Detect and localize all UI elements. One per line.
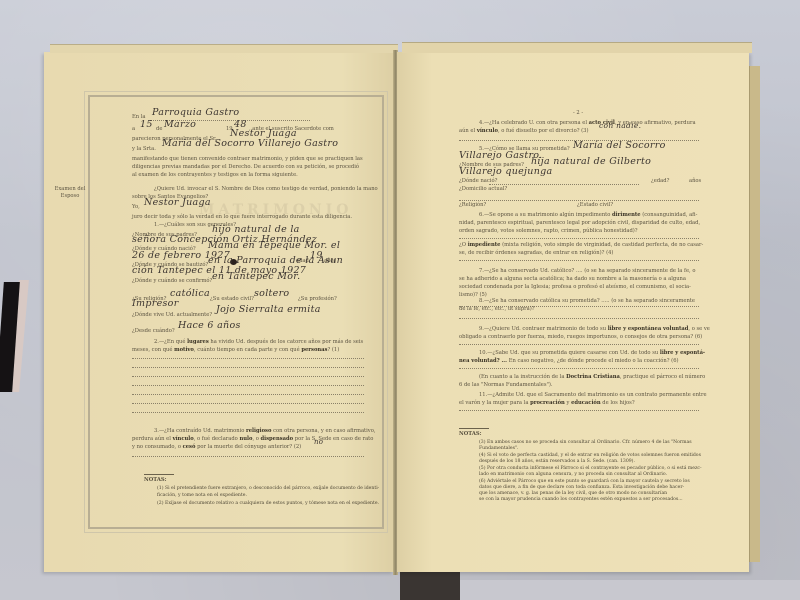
q9-line-1: 9.—¿Quiere Ud. contraer matrimonio de to… xyxy=(479,326,710,333)
q5-age-unit: años xyxy=(689,178,701,185)
page-stack-right-edge xyxy=(749,66,760,562)
oath-line-1: ¿Quiere Ud. invocar el S. Nombre de Dios… xyxy=(154,186,378,193)
q1-civil-label: ¿Su estado civil? xyxy=(210,296,254,303)
right-page: - 2 - 4.—¿Ha celebrado U. con otra perso… xyxy=(397,52,749,572)
dotted-line xyxy=(132,385,364,386)
oath-yo: Yo, xyxy=(132,204,140,211)
q1-profession-label: ¿Su profesión? xyxy=(298,296,337,303)
hand-day: 15 xyxy=(140,119,153,130)
page-stack-edge xyxy=(402,42,752,53)
hand-groom-civil: soltero xyxy=(254,288,289,299)
q1-confirmed-label: ¿Dónde y cuándo se confirmó? xyxy=(132,278,212,285)
hand-month: Marzo xyxy=(164,119,196,130)
q7-line-1: 7.—¿Se ha conservado Ud. católico? .... … xyxy=(479,268,695,275)
q11-line-2: el varón y la mujer para la procreación … xyxy=(459,400,635,407)
dotted-line xyxy=(132,403,364,404)
dotted-line xyxy=(459,260,699,261)
note-item: después de los 18 años, están reservados… xyxy=(479,459,635,465)
hand-groom-since: Hace 6 años xyxy=(178,320,241,331)
q8-line-1: 8.—¿Se ha conservado católica su prometi… xyxy=(479,298,695,305)
hand-groom-confirmed: en Tantepec Mor. xyxy=(212,271,300,282)
notes-title: NOTAS: xyxy=(144,477,167,484)
dotted-line xyxy=(459,344,699,345)
dotted-line xyxy=(489,184,639,185)
side-label-groom-exam: Examen del Esposo xyxy=(50,186,90,200)
q3-line-2: perdura aún el vínculo, o fué declarado … xyxy=(132,436,373,443)
dotted-line xyxy=(459,410,699,411)
dotted-line xyxy=(132,376,364,377)
note-item: Fundamentales". xyxy=(479,446,519,452)
hand-oath-name: Nestor Juaga xyxy=(144,197,211,208)
intro-de: de xyxy=(156,126,162,133)
hand-parish: Parroquia Gastro xyxy=(152,107,239,118)
hand-q4-answer: con nadie. xyxy=(599,121,641,130)
dotted-line xyxy=(132,358,364,359)
q1-lives-label: ¿Dónde vive Ud. actualmente? xyxy=(132,312,212,319)
dotted-line xyxy=(132,412,364,413)
hand-groom-profession: Impresor xyxy=(132,298,179,309)
q7-line-2: se ha adherido a alguna secta acatólica;… xyxy=(459,276,686,283)
table-edge xyxy=(410,580,800,600)
page-stack-edge xyxy=(50,44,398,53)
hand-bride-name-1: María del Socorro xyxy=(573,140,666,151)
doctrine-line-1: (En cuanto a la instrucción de la Doctri… xyxy=(479,374,705,381)
q6-line-5: se, de recibir órdenes sagradas, de entr… xyxy=(459,250,613,257)
notes-rule xyxy=(459,428,489,429)
q2-line-1: 2.—¿En qué lugares ha vivido Ud. después… xyxy=(154,339,363,346)
dotted-line xyxy=(459,318,699,319)
q5-age-label: ¿edad? xyxy=(651,178,669,185)
q11-line-1: 11.—¿Admite Ud. que el Sacramento del ma… xyxy=(479,392,707,399)
q5-religion-label: ¿Religión? xyxy=(459,202,486,209)
note-item: (2) Exíjase el documento relativo a cual… xyxy=(157,501,379,507)
dotted-line xyxy=(132,394,364,395)
q4-line-2: aún el vínculo, o fué disuelto por el di… xyxy=(459,128,589,135)
q1-since-label: ¿Desde cuándo? xyxy=(132,328,175,335)
hand-bride-parents-2: Villarejo quejunga xyxy=(459,166,552,177)
hand-bride-name-2: Villarejo Gastro. xyxy=(459,150,542,161)
oath-line-4: juro decir toda y sólo la verdad en lo q… xyxy=(132,214,352,221)
doctrine-line-2: 6 de las "Normas Fundamentales"). xyxy=(459,382,553,389)
book-spine-shadow xyxy=(400,570,460,600)
q8-line-2: de la fe, etc., etc., ut supra)? xyxy=(459,306,535,313)
intro-line-6: diligencias previas mandadas por el Dere… xyxy=(132,164,359,171)
q9-line-2: obligado a contraerlo por fuerza, miedo,… xyxy=(459,334,702,341)
q10-line-1: 10.—¿Sabe Ud. que su prometida quiere ca… xyxy=(479,350,705,357)
dotted-line xyxy=(459,238,699,239)
hand-groom-lives: Jojo Sierralta ermita xyxy=(216,304,321,315)
hand-q3-answer: no xyxy=(314,438,323,446)
notes-title: NOTAS: xyxy=(459,431,482,438)
q5-address-label: ¿Domicilio actual? xyxy=(459,186,507,193)
q6-line-3: orden sagrado, votos solemnes, rapto, cr… xyxy=(459,228,638,235)
q7-line-3: sociedad condenada por la Iglesia; profe… xyxy=(459,284,691,291)
dotted-line xyxy=(132,367,364,368)
hand-bride-name: Maria del Socorro Villarejo Gastro xyxy=(162,138,338,149)
note-item: ficación, y tome nota en el expediente. xyxy=(157,493,247,499)
note-item: (1) Si el pretendiente fuere extranjero,… xyxy=(157,486,379,492)
dotted-line xyxy=(132,456,364,457)
page-number: - 2 - xyxy=(573,110,583,117)
q6-line-4: ¿O impediente (mixta religión, voto simp… xyxy=(459,242,703,249)
q10-line-2: nea voluntad? ... En caso negativo, ¿de … xyxy=(459,358,679,365)
dotted-line xyxy=(459,368,699,369)
dotted-line xyxy=(459,200,699,201)
intro-line-5: manifestando que tienen convenido contra… xyxy=(132,156,363,163)
q4-line-1: 4.—¿Ha celebrado U. con otra persona el … xyxy=(479,120,696,127)
note-item: se con la mayor prudencia cuando los con… xyxy=(479,497,683,503)
q3-line-1: 3.—¿Ha contraído Ud. matrimonio religios… xyxy=(154,428,375,435)
intro-line-7: al examen de los contrayentes y testigos… xyxy=(132,172,298,179)
intro-line-2: a xyxy=(132,126,135,133)
q2-line-2: meses, con qué motivo, cuánto tiempo en … xyxy=(132,347,339,354)
q5-civil-label: ¿Estado civil? xyxy=(577,202,613,209)
q6-line-1: 6.—Se opone a su matrimonio algún impedi… xyxy=(479,212,697,219)
q6-line-2: nidad, parentesco espiritual, parentesco… xyxy=(459,220,700,227)
left-page: MATRIMONIO En la Parroquia Gastro a 15 d… xyxy=(44,52,394,572)
q3-line-3: y no consumado, o cesó por la muerte del… xyxy=(132,444,301,451)
intro-line-4: y la Srta. xyxy=(132,146,156,153)
notes-rule xyxy=(144,474,174,475)
note-item: lado en matrimonio con alguna censura, y… xyxy=(479,472,667,478)
